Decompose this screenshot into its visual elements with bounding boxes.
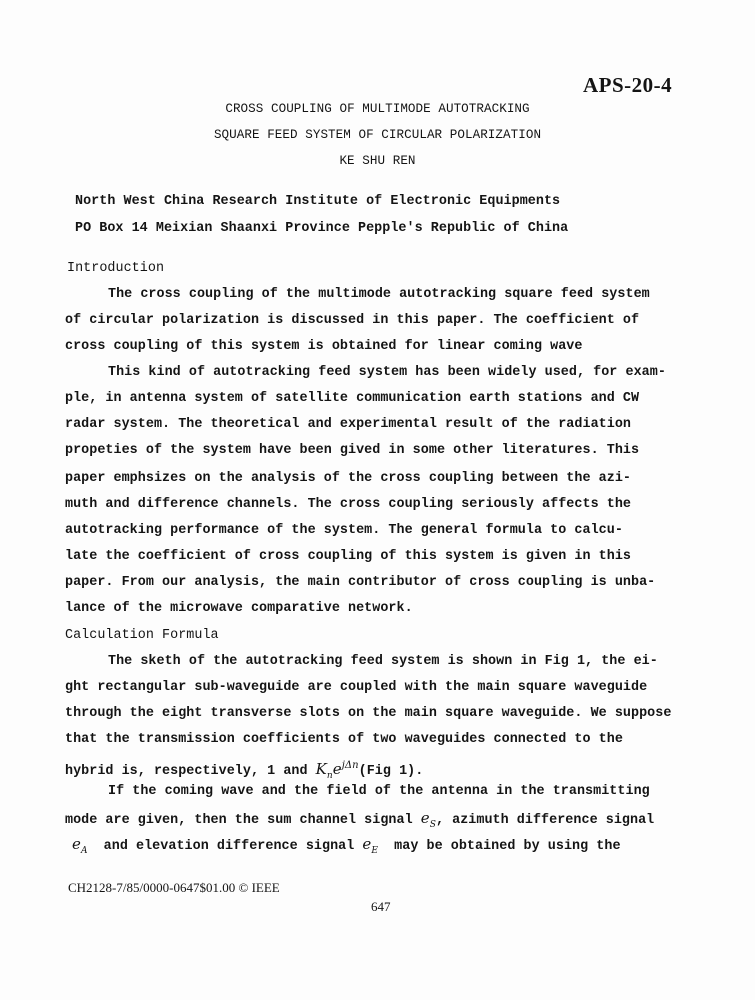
- text-line: If the coming wave and the field of the …: [108, 784, 650, 800]
- text-line: autotracking performance of the system. …: [65, 523, 623, 539]
- text-line: radar system. The theoretical and experi…: [65, 417, 631, 433]
- text-line: cross coupling of this system is obtaine…: [65, 339, 582, 355]
- text-line: paper. From our analysis, the main contr…: [65, 575, 655, 591]
- math-e: e: [421, 809, 430, 827]
- text-line: propeties of the system have been gived …: [65, 443, 639, 459]
- calculation-formula-heading: Calculation Formula: [65, 628, 219, 644]
- text-line: ght rectangular sub-waveguide are couple…: [65, 680, 647, 696]
- text-span: and elevation difference signal: [88, 839, 363, 854]
- page-number: 647: [371, 899, 391, 915]
- title-line-2: SQUARE FEED SYSTEM OF CIRCULAR POLARIZAT…: [0, 127, 755, 143]
- text-span: may be obtained by using the: [378, 839, 621, 854]
- text-line: through the eight transverse slots on th…: [65, 706, 671, 722]
- text-line: paper emphsizes on the analysis of the c…: [65, 471, 631, 487]
- text-line: The cross coupling of the multimode auto…: [108, 287, 650, 303]
- copyright-footer: CH2128-7/85/0000-0647$01.00 © IEEE: [68, 880, 280, 896]
- math-e: e: [333, 760, 342, 778]
- affiliation-line-1: North West China Research Institute of E…: [75, 194, 560, 210]
- text-line: The sketh of the autotracking feed syste…: [108, 654, 658, 670]
- text-span: mode are given, then the sum channel sig…: [65, 813, 421, 828]
- math-exponent: jΔn: [342, 760, 359, 771]
- title-line-1: CROSS COUPLING OF MULTIMODE AUTOTRACKING: [0, 101, 755, 117]
- text-span: (Fig 1).: [359, 764, 424, 779]
- text-line: late the coefficient of cross coupling o…: [65, 549, 631, 565]
- text-line: of circular polarization is discussed in…: [65, 313, 639, 329]
- author: KE SHU REN: [0, 153, 755, 169]
- text-line: that the transmission coefficients of tw…: [65, 732, 623, 748]
- text-line: ple, in antenna system of satellite comm…: [65, 391, 639, 407]
- text-line-with-math: mode are given, then the sum channel sig…: [65, 810, 654, 833]
- text-line-with-math: hybrid is, respectively, 1 and KnejΔn(Fi…: [65, 758, 423, 784]
- text-span: hybrid is, respectively, 1 and: [65, 764, 316, 779]
- text-line: This kind of autotracking feed system ha…: [108, 365, 666, 381]
- math-sub: E: [371, 846, 378, 856]
- math-expression-kn-exp: KnejΔn: [316, 760, 359, 778]
- text-line: muth and difference channels. The cross …: [65, 497, 631, 513]
- math-sum-signal: eS: [421, 809, 436, 827]
- paper-code: APS-20-4: [583, 73, 672, 98]
- text-line: lance of the microwave comparative netwo…: [65, 601, 413, 617]
- affiliation-line-2: PO Box 14 Meixian Shaanxi Province Peppl…: [75, 221, 568, 237]
- math-k: K: [316, 760, 327, 778]
- text-span: , azimuth difference signal: [436, 813, 654, 828]
- introduction-heading: Introduction: [67, 261, 164, 277]
- math-azimuth-signal: eA: [72, 835, 88, 853]
- text-line-with-math: eA and elevation difference signal eE ma…: [72, 836, 621, 859]
- math-elevation-signal: eE: [362, 835, 378, 853]
- math-e: e: [72, 835, 81, 853]
